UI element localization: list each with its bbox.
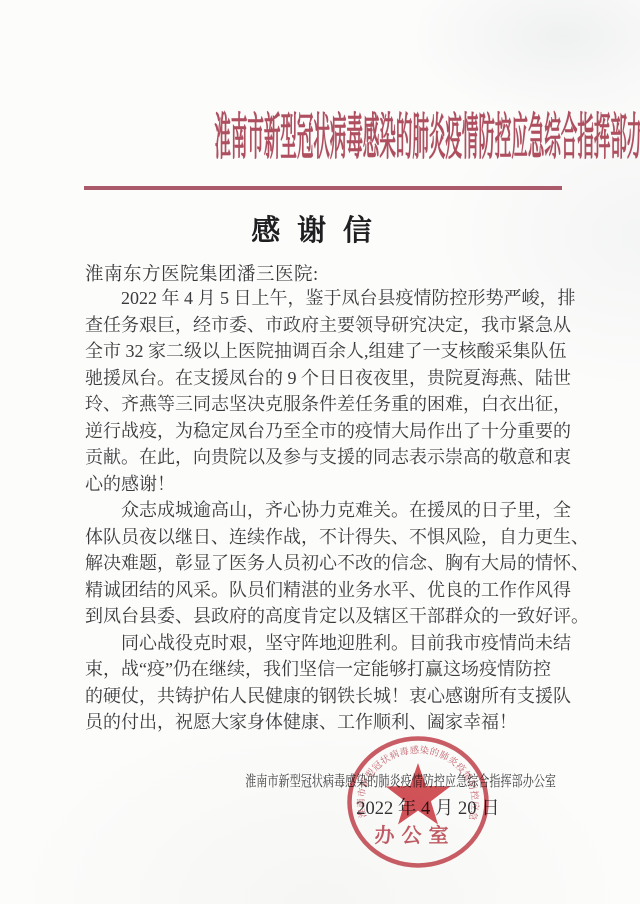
paragraph-line: 体队员夜以继日、连续作战，不计得失、不惧风险，自力更生、 <box>85 524 585 551</box>
paragraph-line: 驰援凤台。在支援凤台的 9 个日日夜夜里，贵院夏海燕、陆世 <box>85 365 585 392</box>
letter-body: 2022 年 4 月 5 日上午，鉴于凤台县疫情防控形势严峻，排查任务艰巨，经市… <box>85 285 585 736</box>
paragraph-line: 解决难题，彰显了医务人员初心不改的信念、胸有大局的情怀、 <box>85 550 585 577</box>
paragraph-line: 众志成城逾高山，齐心协力克难关。在援凤的日子里，全 <box>85 497 585 524</box>
letter-title: 感谢信 <box>0 208 640 249</box>
paragraph-line: 心的感谢！ <box>85 471 585 498</box>
letterhead-org-title: 淮南市新型冠状病毒感染的肺炎疫情防控应急综合指挥部办公室 <box>214 110 425 164</box>
paragraph: 2022 年 4 月 5 日上午，鉴于凤台县疫情防控形势严峻，排查任务艰巨，经市… <box>85 285 585 497</box>
paragraph-line: 逆行战疫，为稳定凤台乃至全市的疫情大局作出了十分重要的 <box>85 418 585 445</box>
paragraph-line: 同心战役克时艰，坚守阵地迎胜利。目前我市疫情尚未结 <box>85 630 585 657</box>
paragraph-line: 束，战“疫”仍在继续，我们坚信一定能够打赢这场疫情防控 <box>85 656 585 683</box>
paragraph-line: 精诚团结的风采。队员们精湛的业务水平、优良的工作作风得 <box>85 577 585 604</box>
paragraph-line: 员的付出，祝愿大家身体健康、工作顺利、阖家幸福！ <box>85 709 585 736</box>
paragraph-line: 的硬仗，共铸护佑人民健康的钢铁长城！衷心感谢所有支援队 <box>85 683 585 710</box>
official-seal-graphic: 淮南市新型冠状病毒感染的肺炎疫情防控应急综合指挥部 办公室 <box>345 735 491 869</box>
paragraph: 众志成城逾高山，齐心协力克难关。在援凤的日子里，全体队员夜以继日、连续作战，不计… <box>85 497 585 630</box>
letterhead-divider <box>84 186 562 190</box>
paragraph-line: 到凤台县委、县政府的高度肯定以及辖区干部群众的一致好评。 <box>85 603 585 630</box>
scanned-letter-page: 淮南市新型冠状病毒感染的肺炎疫情防控应急综合指挥部办公室 感谢信 淮南东方医院集… <box>0 0 640 904</box>
seal-bottom-text: 办公室 <box>375 823 456 847</box>
salutation: 淮南东方医院集团潘三医院: <box>85 260 319 286</box>
paragraph-line: 查任务艰巨，经市委、市政府主要领导研究决定，我市紧急从 <box>85 312 585 339</box>
paragraph: 同心战役克时艰，坚守阵地迎胜利。目前我市疫情尚未结束，战“疫”仍在继续，我们坚信… <box>85 630 585 736</box>
paragraph-line: 贡献。在此，向贵院以及参与支援的同志表示崇高的敬意和衷 <box>85 444 585 471</box>
official-seal: 淮南市新型冠状病毒感染的肺炎疫情防控应急综合指挥部 办公室 <box>345 735 491 869</box>
seal-star-icon <box>386 763 451 825</box>
paragraph-line: 2022 年 4 月 5 日上午，鉴于凤台县疫情防控形势严峻，排 <box>85 285 585 312</box>
paragraph-line: 全市 32 家二级以上医院抽调百余人,组建了一支核酸采集队伍 <box>85 338 585 365</box>
paragraph-line: 玲、齐燕等三同志坚决克服条件差任务重的困难，白衣出征， <box>85 391 585 418</box>
